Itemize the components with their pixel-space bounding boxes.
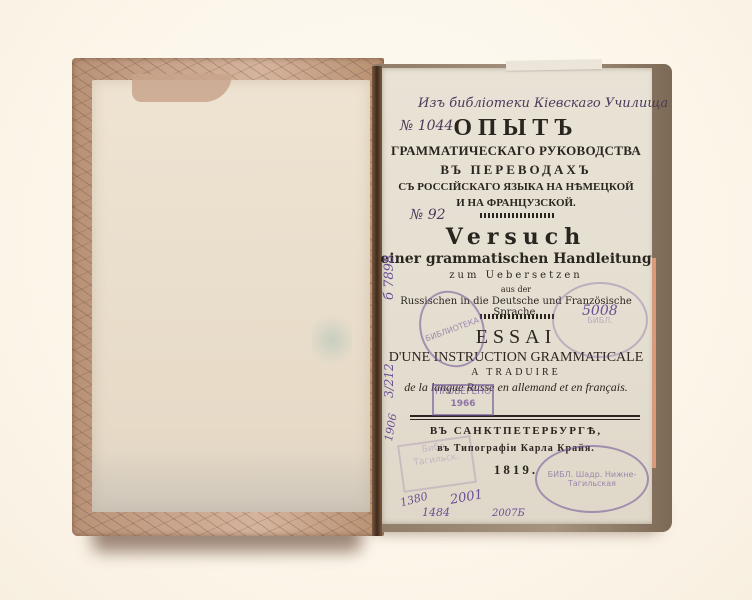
german-subtitle-line-1: einer grammatischen Handleitung: [380, 251, 652, 267]
russian-subtitle-line-3: СЪ РОССІЙСКАГО ЯЗЫКА НА НѢМЕЦКОЙ: [380, 181, 652, 193]
french-subtitle-line-3: de la langue Russe en allemand et en fra…: [380, 380, 652, 395]
verification-rect-stamp: ПРОВЕРЕНО 1966: [432, 384, 494, 416]
red-page-edge: [652, 258, 656, 468]
endpaper-bottom-discoloration: [92, 452, 370, 512]
vertical-call-code: 3/212: [382, 363, 396, 398]
paper-slip-bookmark: [506, 59, 602, 71]
library-oval-stamp-bottom-right: БИБЛ. Шадр. Нижне-Тагильская: [535, 445, 649, 513]
bottom-number-2007b: 2007Б: [492, 508, 525, 519]
ornamental-divider-2: [480, 314, 554, 319]
endpaper-stain: [312, 310, 352, 370]
german-subtitle-line-2: zum Uebersetzen: [380, 270, 652, 281]
imprint-rule-thin: [410, 419, 640, 420]
imprint-city: ВЪ САНКТПЕТЕРБУРГѢ,: [380, 425, 652, 437]
rect-stamp-line-1: ПРОВЕРЕНО: [434, 386, 492, 398]
rect-stamp-line-2: 1966: [434, 398, 492, 410]
library-inscription: Изъ библіотеки Кіевскаго Училища: [418, 96, 668, 111]
stamp-text: Библ. Тагильск.: [413, 441, 460, 468]
russian-subtitle-line-2: ВЪ ПЕРЕВОДАХЪ: [380, 162, 652, 178]
stamp-text: БИБЛИОТЕКА: [424, 315, 480, 343]
faded-library-stamp: Библ. Тагильск.: [397, 435, 477, 493]
torn-endpaper-corner: [132, 74, 232, 102]
russian-title: ОПЫТЪ: [380, 115, 652, 142]
left-endpaper: [92, 80, 370, 512]
vertical-inventory-number: б 7898: [382, 255, 397, 300]
shelf-mark: № 92: [410, 207, 446, 223]
ornamental-divider-1: [480, 213, 554, 218]
stamp-text: БИБЛ. Шадр. Нижне-Тагильская: [537, 464, 647, 494]
bottom-number-1484: 1484: [422, 506, 450, 519]
library-oval-stamp-right: БИБЛ.: [552, 282, 648, 358]
russian-subtitle-line-4: И НА ФРАНЦУЗСКОЙ.: [380, 197, 652, 209]
russian-subtitle-line-1: ГРАММАТИЧЕСКАГО РУКОВОДСТВА: [380, 143, 652, 159]
inventory-number-5008: 5008: [582, 303, 618, 319]
french-subtitle-line-2: A TRADUIRE: [380, 367, 652, 378]
german-title: Versuch: [380, 224, 652, 250]
